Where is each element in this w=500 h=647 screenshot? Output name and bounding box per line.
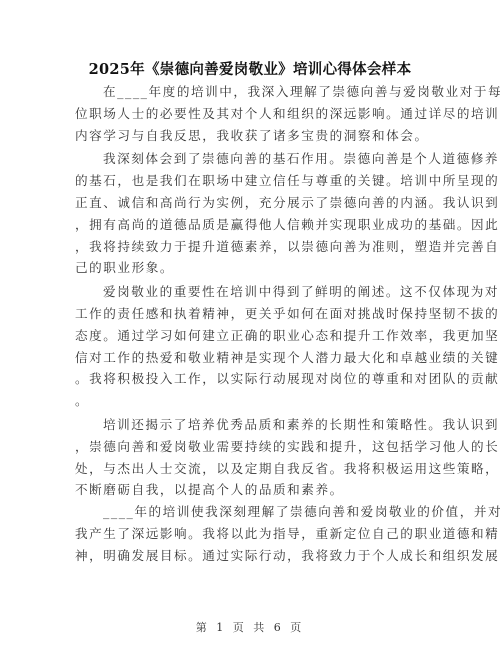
document-page: 2025年《崇德向善爱岗敬业》培训心得体会样本 在____年度的培训中，我深入理… <box>0 0 500 647</box>
text-line: ，我将持续致力于提升道德素养，以崇德向善为准则，塑造并完善自 <box>75 236 420 258</box>
paragraph-5: ____年的培训使我深刻理解了崇德向善和爱岗敬业的价值，并对 我产生了深远影响。… <box>75 501 420 566</box>
text-line: ____年的培训使我深刻理解了崇德向善和爱岗敬业的价值，并对 <box>75 501 420 523</box>
text-line: ，拥有高尚的道德品质是赢得他人信赖并实现职业成功的基础。因此 <box>75 214 420 236</box>
text-line: ，崇德向善和爱岗敬业需要持续的实践和提升，这包括学习他人的长 <box>75 436 420 458</box>
text-line: 我深刻体会到了崇德向善的基石作用。崇德向善是个人道德修养 <box>75 148 420 170</box>
text-line: 内容学习与自我反思，我收获了诸多宝贵的洞察和体会。 <box>75 125 420 147</box>
text-line: 在____年度的培训中，我深入理解了崇德向善与爱岗敬业对于每 <box>75 81 420 103</box>
text-line: 的基石，也是我们在职场中建立信任与尊重的关键。培训中所呈现的 <box>75 170 420 192</box>
text-line: 信对工作的热爱和敬业精神是实现个人潜力最大化和卓越业绩的关键 <box>75 347 420 369</box>
text-line: 神，明确发展目标。通过实际行动，我将致力于个人成长和组织发展 <box>75 545 420 567</box>
text-line: 位职场人士的必要性及其对个人和组织的深远影响。通过详尽的培训 <box>75 103 420 125</box>
paragraph-4: 培训还揭示了培养优秀品质和素养的长期性和策略性。我认识到 ，崇德向善和爱岗敬业需… <box>75 414 420 501</box>
text-line: 正直、诚信和高尚行为实例，充分展示了崇德向善的内涵。我认识到 <box>75 192 420 214</box>
text-line: 态度。通过学习如何建立正确的职业心态和提升工作效率，我更加坚 <box>75 325 420 347</box>
text-line: 工作的责任感和执着精神，更关乎如何在面对挑战时保持坚韧不拔的 <box>75 303 420 325</box>
text-line: 我产生了深远影响。我将以此为指导，重新定位自己的职业道德和精 <box>75 523 420 545</box>
text-line: 培训还揭示了培养优秀品质和素养的长期性和策略性。我认识到 <box>75 414 420 436</box>
text-line: 己的职业形象。 <box>75 257 420 279</box>
text-line: 爱岗敬业的重要性在培训中得到了鲜明的阐述。这不仅体现为对 <box>75 281 420 303</box>
text-line: 不断磨砺自我，以提高个人的品质和素养。 <box>75 479 420 501</box>
document-title: 2025年《崇德向善爱岗敬业》培训心得体会样本 <box>0 58 500 79</box>
text-line: 。我将积极投入工作，以实际行动展现对岗位的尊重和对团队的贡献 <box>75 368 420 390</box>
paragraph-3: 爱岗敬业的重要性在培训中得到了鲜明的阐述。这不仅体现为对 工作的责任感和执着精神… <box>75 281 420 412</box>
page-footer: 第 1 页 共 6 页 <box>0 619 500 635</box>
text-line: 。 <box>75 390 420 412</box>
paragraph-2: 我深刻体会到了崇德向善的基石作用。崇德向善是个人道德修养 的基石，也是我们在职场… <box>75 148 420 279</box>
text-line: 处，与杰出人士交流，以及定期自我反省。我将积极运用这些策略， <box>75 458 420 480</box>
paragraph-1: 在____年度的培训中，我深入理解了崇德向善与爱岗敬业对于每 位职场人士的必要性… <box>75 81 420 146</box>
document-body: 在____年度的培训中，我深入理解了崇德向善与爱岗敬业对于每 位职场人士的必要性… <box>75 81 420 567</box>
